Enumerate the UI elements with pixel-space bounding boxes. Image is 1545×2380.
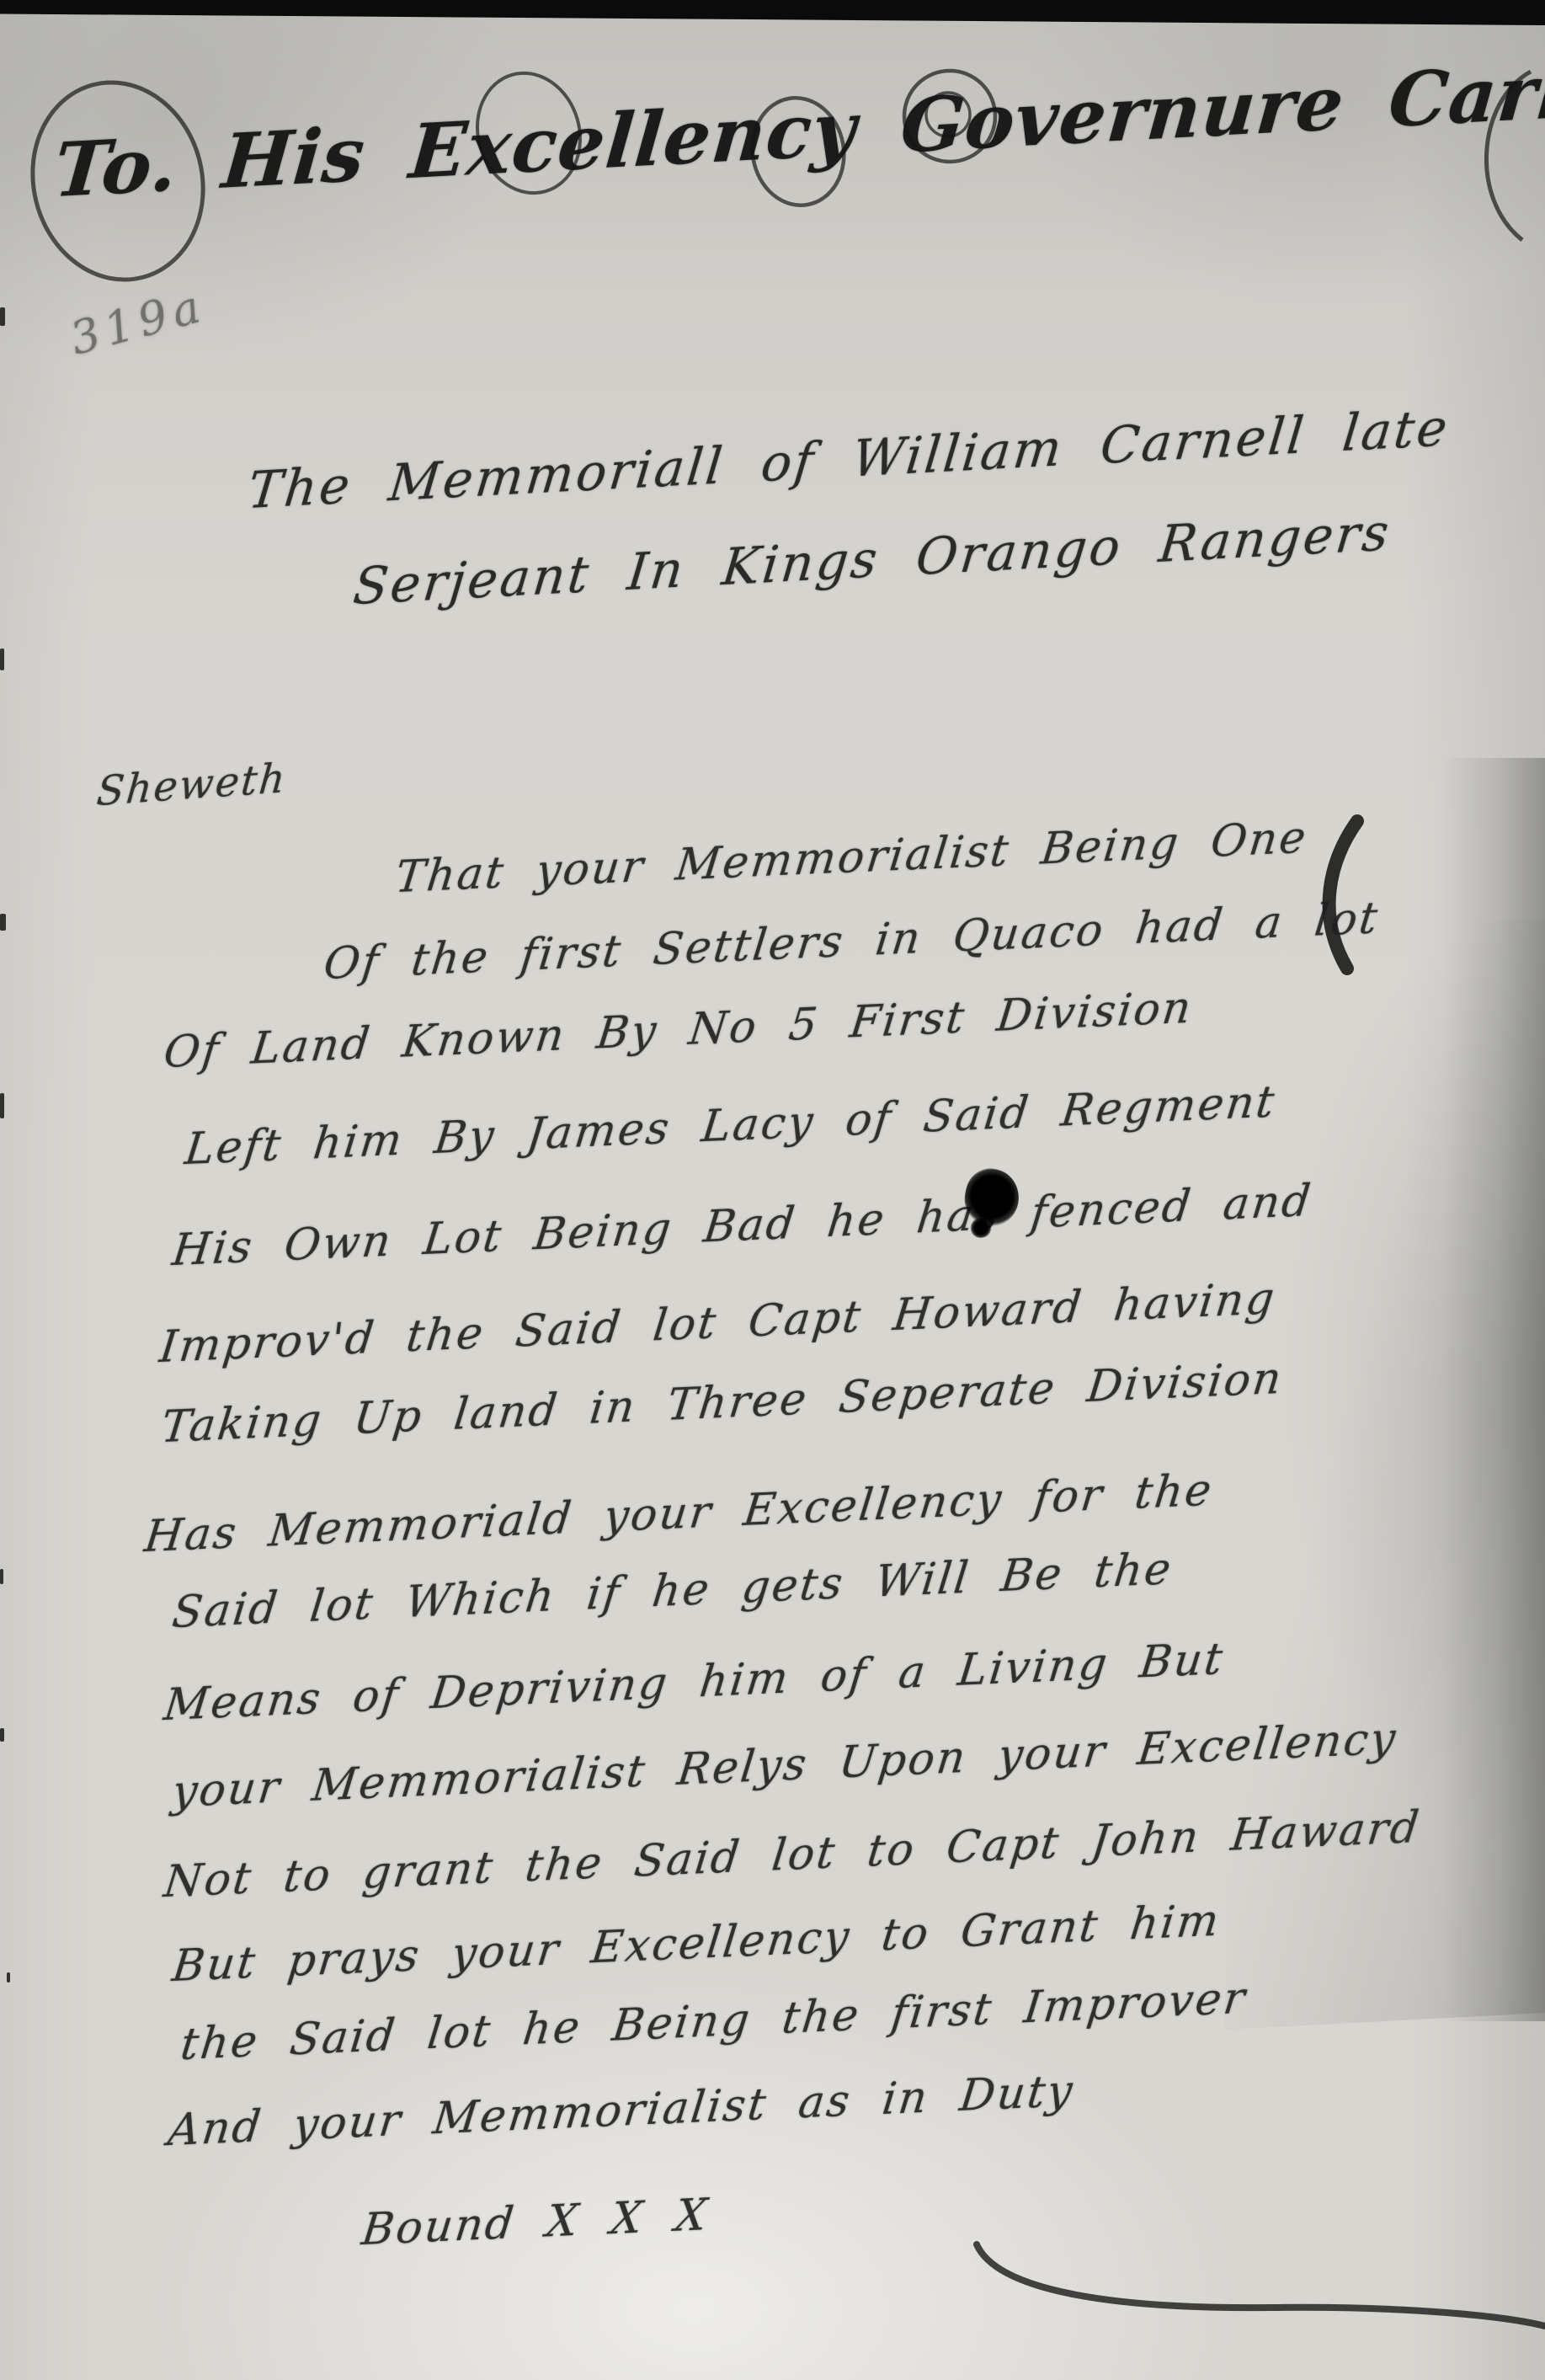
manuscript-line: Bound X X X xyxy=(360,2190,711,2255)
manuscript-line: Has Memmoriald your Excellency for the xyxy=(142,1465,1217,1562)
memorial-title-line: The Memmoriall of William Carnell late xyxy=(245,398,1452,520)
scan-top-edge xyxy=(0,0,1545,25)
manuscript-line: Said lot Which if he gets Will Be the xyxy=(170,1544,1175,1638)
manuscript-line: That your Memmorialist Being One xyxy=(393,813,1311,904)
closing-flourish-line xyxy=(977,2244,1545,2326)
manuscript-line: Means of Depriving him of a Living But xyxy=(162,1634,1228,1731)
manuscript-line: Improv'd the Said lot Capt Howard having xyxy=(157,1273,1279,1373)
manuscript-line: Of Land Known By No 5 First Division xyxy=(162,982,1196,1078)
archival-number-pencil-note: 319a xyxy=(65,279,211,366)
scan-edge-speck xyxy=(0,307,5,326)
manuscript-line: the Said lot he Being the first Improver xyxy=(178,1973,1249,2071)
manuscript-page: To. His Excellency Governure Carltonxxx … xyxy=(0,0,1545,2380)
manuscript-line: His Own Lot Being Bad he has fenced and xyxy=(170,1176,1315,1276)
scan-edge-speck xyxy=(0,648,4,670)
scan-edge-speck xyxy=(0,1728,4,1742)
scan-edge-speck xyxy=(0,1569,3,1584)
manuscript-line: Of the first Settlers in Quaco had a lot xyxy=(322,893,1383,990)
address-heading: To. His Excellency Governure Carltonxxx xyxy=(51,32,1545,214)
manuscript-line: Taking Up land in Three Seperate Divisio… xyxy=(159,1353,1287,1453)
scan-edge-speck xyxy=(0,1093,4,1118)
scan-edge-speck xyxy=(0,914,6,931)
sheweth-label: Sheweth xyxy=(95,755,289,815)
scan-edge-speck xyxy=(7,1972,10,1982)
manuscript-line: And your Memmorialist as in Duty xyxy=(166,2066,1077,2156)
memorial-title-line: Serjeant In Kings Orango Rangers xyxy=(350,503,1393,616)
manuscript-line: Left him By James Lacy of Said Regment xyxy=(183,1076,1279,1175)
scan-shadow-right xyxy=(1225,918,1545,2030)
manuscript-line: your Memmorialist Relys Upon your Excell… xyxy=(170,1713,1400,1817)
manuscript-line: But prays your Excellency to Grant him xyxy=(170,1895,1223,1992)
